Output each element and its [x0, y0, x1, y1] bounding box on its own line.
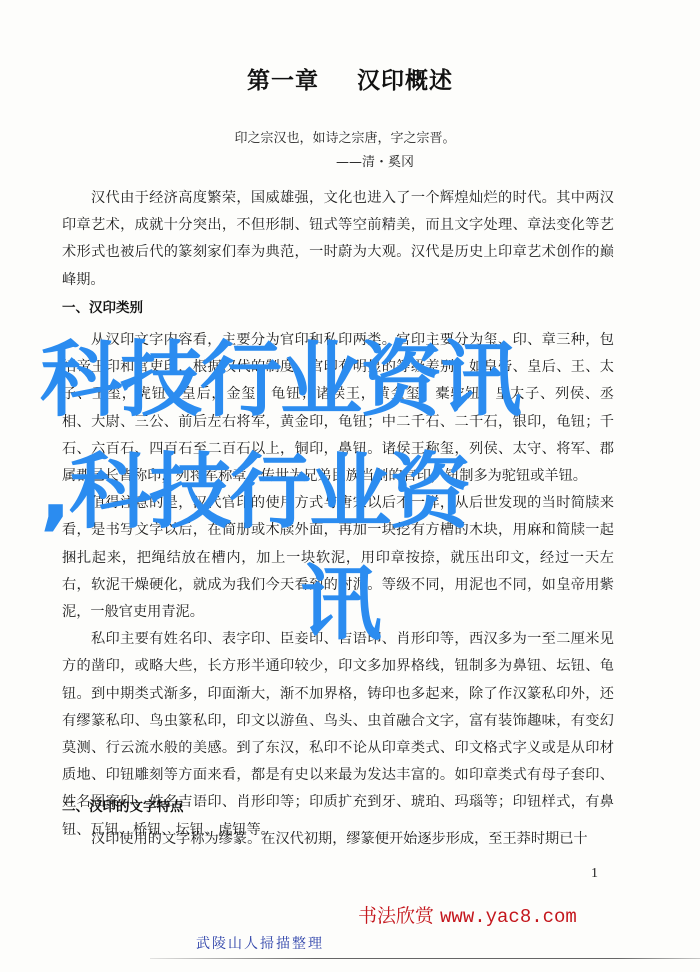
- page-number: 1: [591, 866, 598, 882]
- section-1-paragraph-2: 值得注意的是，汉代官印的使用方式与唐宋以后不一样，从后世发现的当时简牍来看，是书…: [62, 490, 614, 626]
- epigraph-quote: 印之宗汉也，如诗之宗唐，字之宗晋。: [0, 127, 695, 146]
- site-url: www.yac8.com: [440, 906, 577, 928]
- epigraph-attribution: ——清・奚冈: [25, 151, 700, 170]
- section-1-paragraph-1: 从汉印文字内容看，主要分为官印和私印两类。官印主要分为玺、印、章三种，包括帝王印…: [62, 327, 614, 490]
- section-2-paragraph-1: 汉印使用的文字称为缪篆。在汉代初期，缪篆便开始逐步形成，至王莽时期已十: [62, 826, 614, 853]
- site-watermark: 书法欣赏www.yac8.com: [358, 901, 577, 928]
- section-2-body: 汉印使用的文字称为缪篆。在汉代初期，缪篆便开始逐步形成，至王莽时期已十: [62, 826, 614, 853]
- footer-divider: [150, 958, 700, 959]
- section-heading-1: 一、汉印类别: [62, 296, 143, 316]
- section-heading-2: 二、汉印的文字特点: [62, 795, 184, 815]
- section-1-body: 从汉印文字内容看，主要分为官印和私印两类。官印主要分为玺、印、章三种，包括帝王印…: [62, 327, 614, 844]
- chapter-title: 第一章汉印概述: [0, 62, 700, 95]
- site-name: 书法欣赏: [358, 905, 434, 927]
- scan-credit: 武陵山人掃描整理: [196, 933, 324, 953]
- intro-paragraph: 汉代由于经济高度繁荣，国威雄强，文化也进入了一个辉煌灿烂的时代。其中两汉印章艺术…: [62, 185, 614, 294]
- chapter-name: 汉印概述: [357, 68, 453, 94]
- scanned-document-page: 第一章汉印概述 印之宗汉也，如诗之宗唐，字之宗晋。 ——清・奚冈 汉代由于经济高…: [0, 0, 700, 972]
- chapter-number: 第一章: [247, 68, 319, 94]
- intro-text: 汉代由于经济高度繁荣，国威雄强，文化也进入了一个辉煌灿烂的时代。其中两汉印章艺术…: [62, 185, 614, 294]
